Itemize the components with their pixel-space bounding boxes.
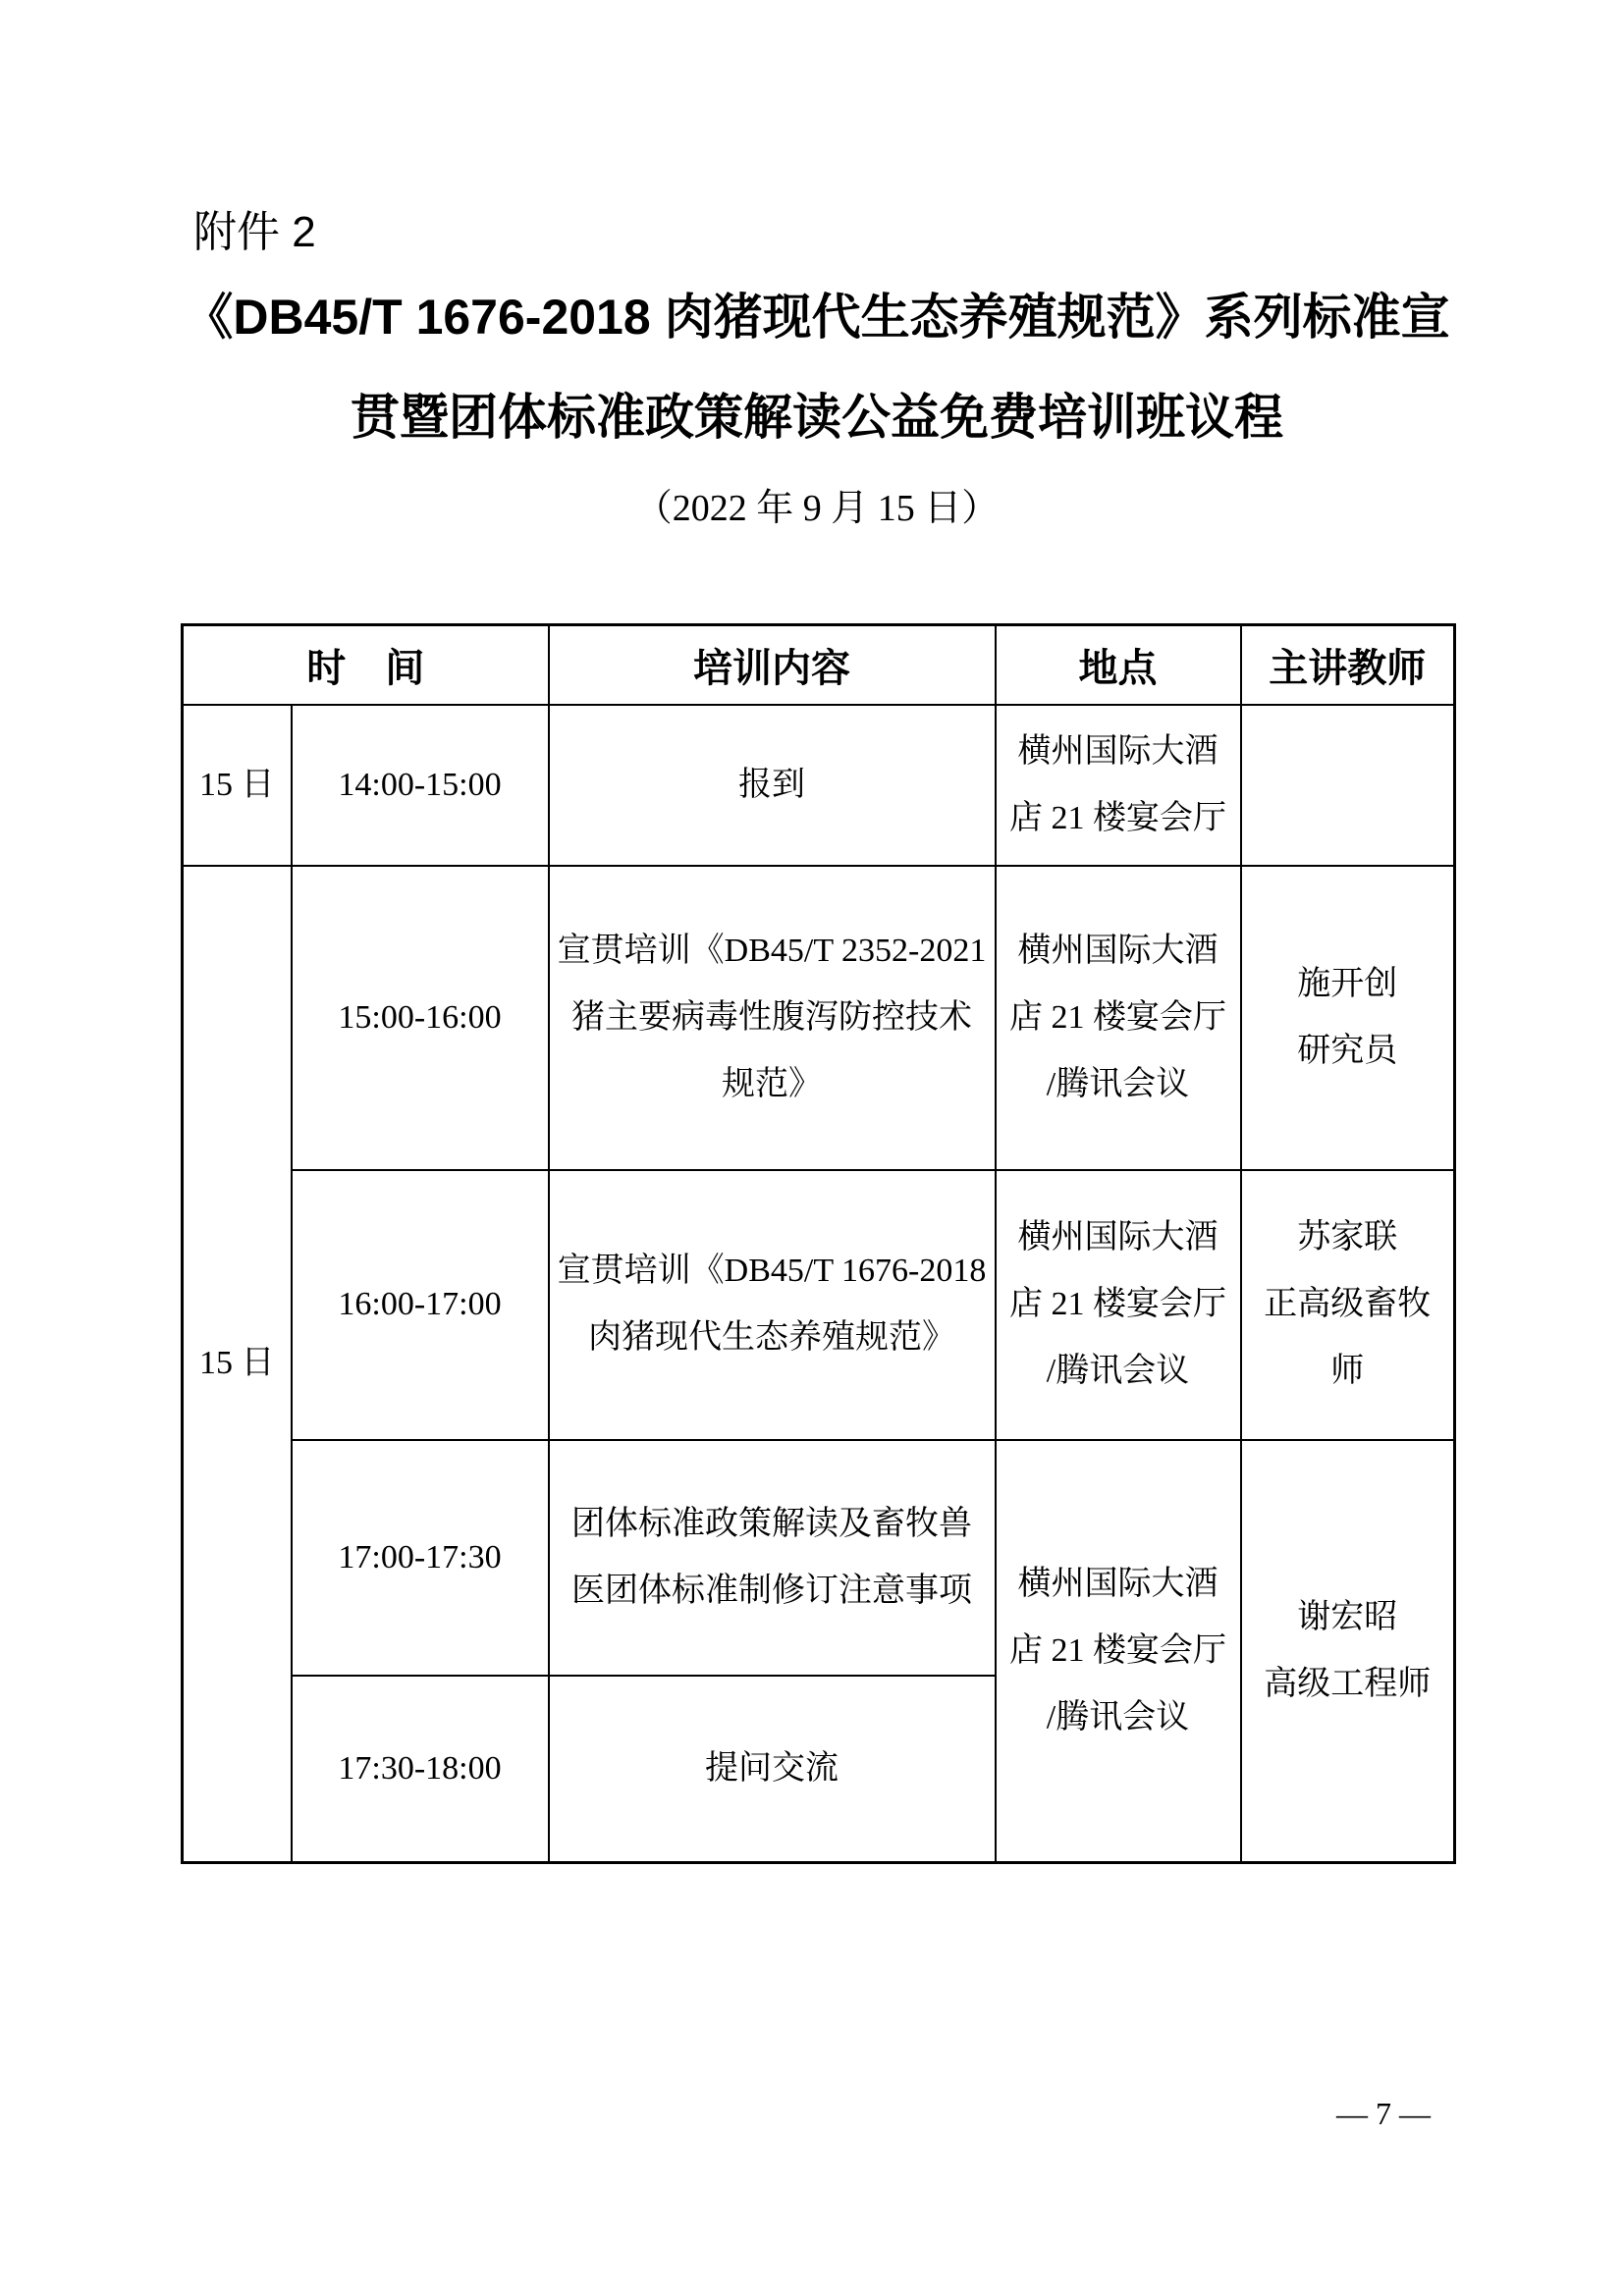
cell-location-1: 横州国际大酒 店 21 楼宴会厅 <box>996 705 1241 866</box>
attachment-label: 附件 2 <box>193 208 316 258</box>
cell-teacher-2: 施开创 研究员 <box>1241 866 1455 1170</box>
table-header-row: 时 间 培训内容 地点 主讲教师 <box>183 625 1455 705</box>
header-content-cell: 培训内容 <box>549 625 996 705</box>
cell-day-1: 15 日 <box>183 705 292 866</box>
header-time-cell: 时 间 <box>183 625 549 705</box>
cell-time-3: 16:00-17:00 <box>292 1170 549 1440</box>
cell-time-4: 17:00-17:30 <box>292 1440 549 1676</box>
table-row: 15 日 15:00-16:00 宣贯培训《DB45/T 2352-2021 猪… <box>183 866 1455 1170</box>
page-number: — 7 — <box>1336 2095 1431 2132</box>
header-location-cell: 地点 <box>996 625 1241 705</box>
cell-teacher-4-5: 谢宏昭 高级工程师 <box>1241 1440 1455 1863</box>
table-row: 16:00-17:00 宣贯培训《DB45/T 1676-2018 肉猪现代生态… <box>183 1170 1455 1440</box>
cell-location-3: 横州国际大酒 店 21 楼宴会厅 /腾讯会议 <box>996 1170 1241 1440</box>
cell-content-3: 宣贯培训《DB45/T 1676-2018 肉猪现代生态养殖规范》 <box>549 1170 996 1440</box>
cell-time-2: 15:00-16:00 <box>292 866 549 1170</box>
cell-content-1: 报到 <box>549 705 996 866</box>
document-page: { "page": { "attachment_label": "附件 2", … <box>0 0 1624 2296</box>
cell-time-5: 17:30-18:00 <box>292 1676 549 1863</box>
cell-content-5: 提问交流 <box>549 1676 996 1863</box>
header-teacher-cell: 主讲教师 <box>1241 625 1455 705</box>
page-title: 《DB45/T 1676-2018 肉猪现代生态养殖规范》系列标准宣 贯暨团体标… <box>181 267 1453 467</box>
cell-time-1: 14:00-15:00 <box>292 705 549 866</box>
schedule-table: 时 间 培训内容 地点 主讲教师 15 日 14:00-15:00 报到 横州国… <box>181 623 1456 1864</box>
cell-location-2: 横州国际大酒 店 21 楼宴会厅 /腾讯会议 <box>996 866 1241 1170</box>
cell-content-4: 团体标准政策解读及畜牧兽 医团体标准制修订注意事项 <box>549 1440 996 1676</box>
cell-location-4-5: 横州国际大酒 店 21 楼宴会厅 /腾讯会议 <box>996 1440 1241 1863</box>
cell-teacher-1 <box>1241 705 1455 866</box>
table-row: 15 日 14:00-15:00 报到 横州国际大酒 店 21 楼宴会厅 <box>183 705 1455 866</box>
cell-teacher-3: 苏家联 正高级畜牧 师 <box>1241 1170 1455 1440</box>
page-date: （2022 年 9 月 15 日） <box>181 487 1453 532</box>
table-row: 17:00-17:30 团体标准政策解读及畜牧兽 医团体标准制修订注意事项 横州… <box>183 1440 1455 1676</box>
cell-day-merged: 15 日 <box>183 866 292 1863</box>
cell-content-2: 宣贯培训《DB45/T 2352-2021 猪主要病毒性腹泻防控技术 规范》 <box>549 866 996 1170</box>
